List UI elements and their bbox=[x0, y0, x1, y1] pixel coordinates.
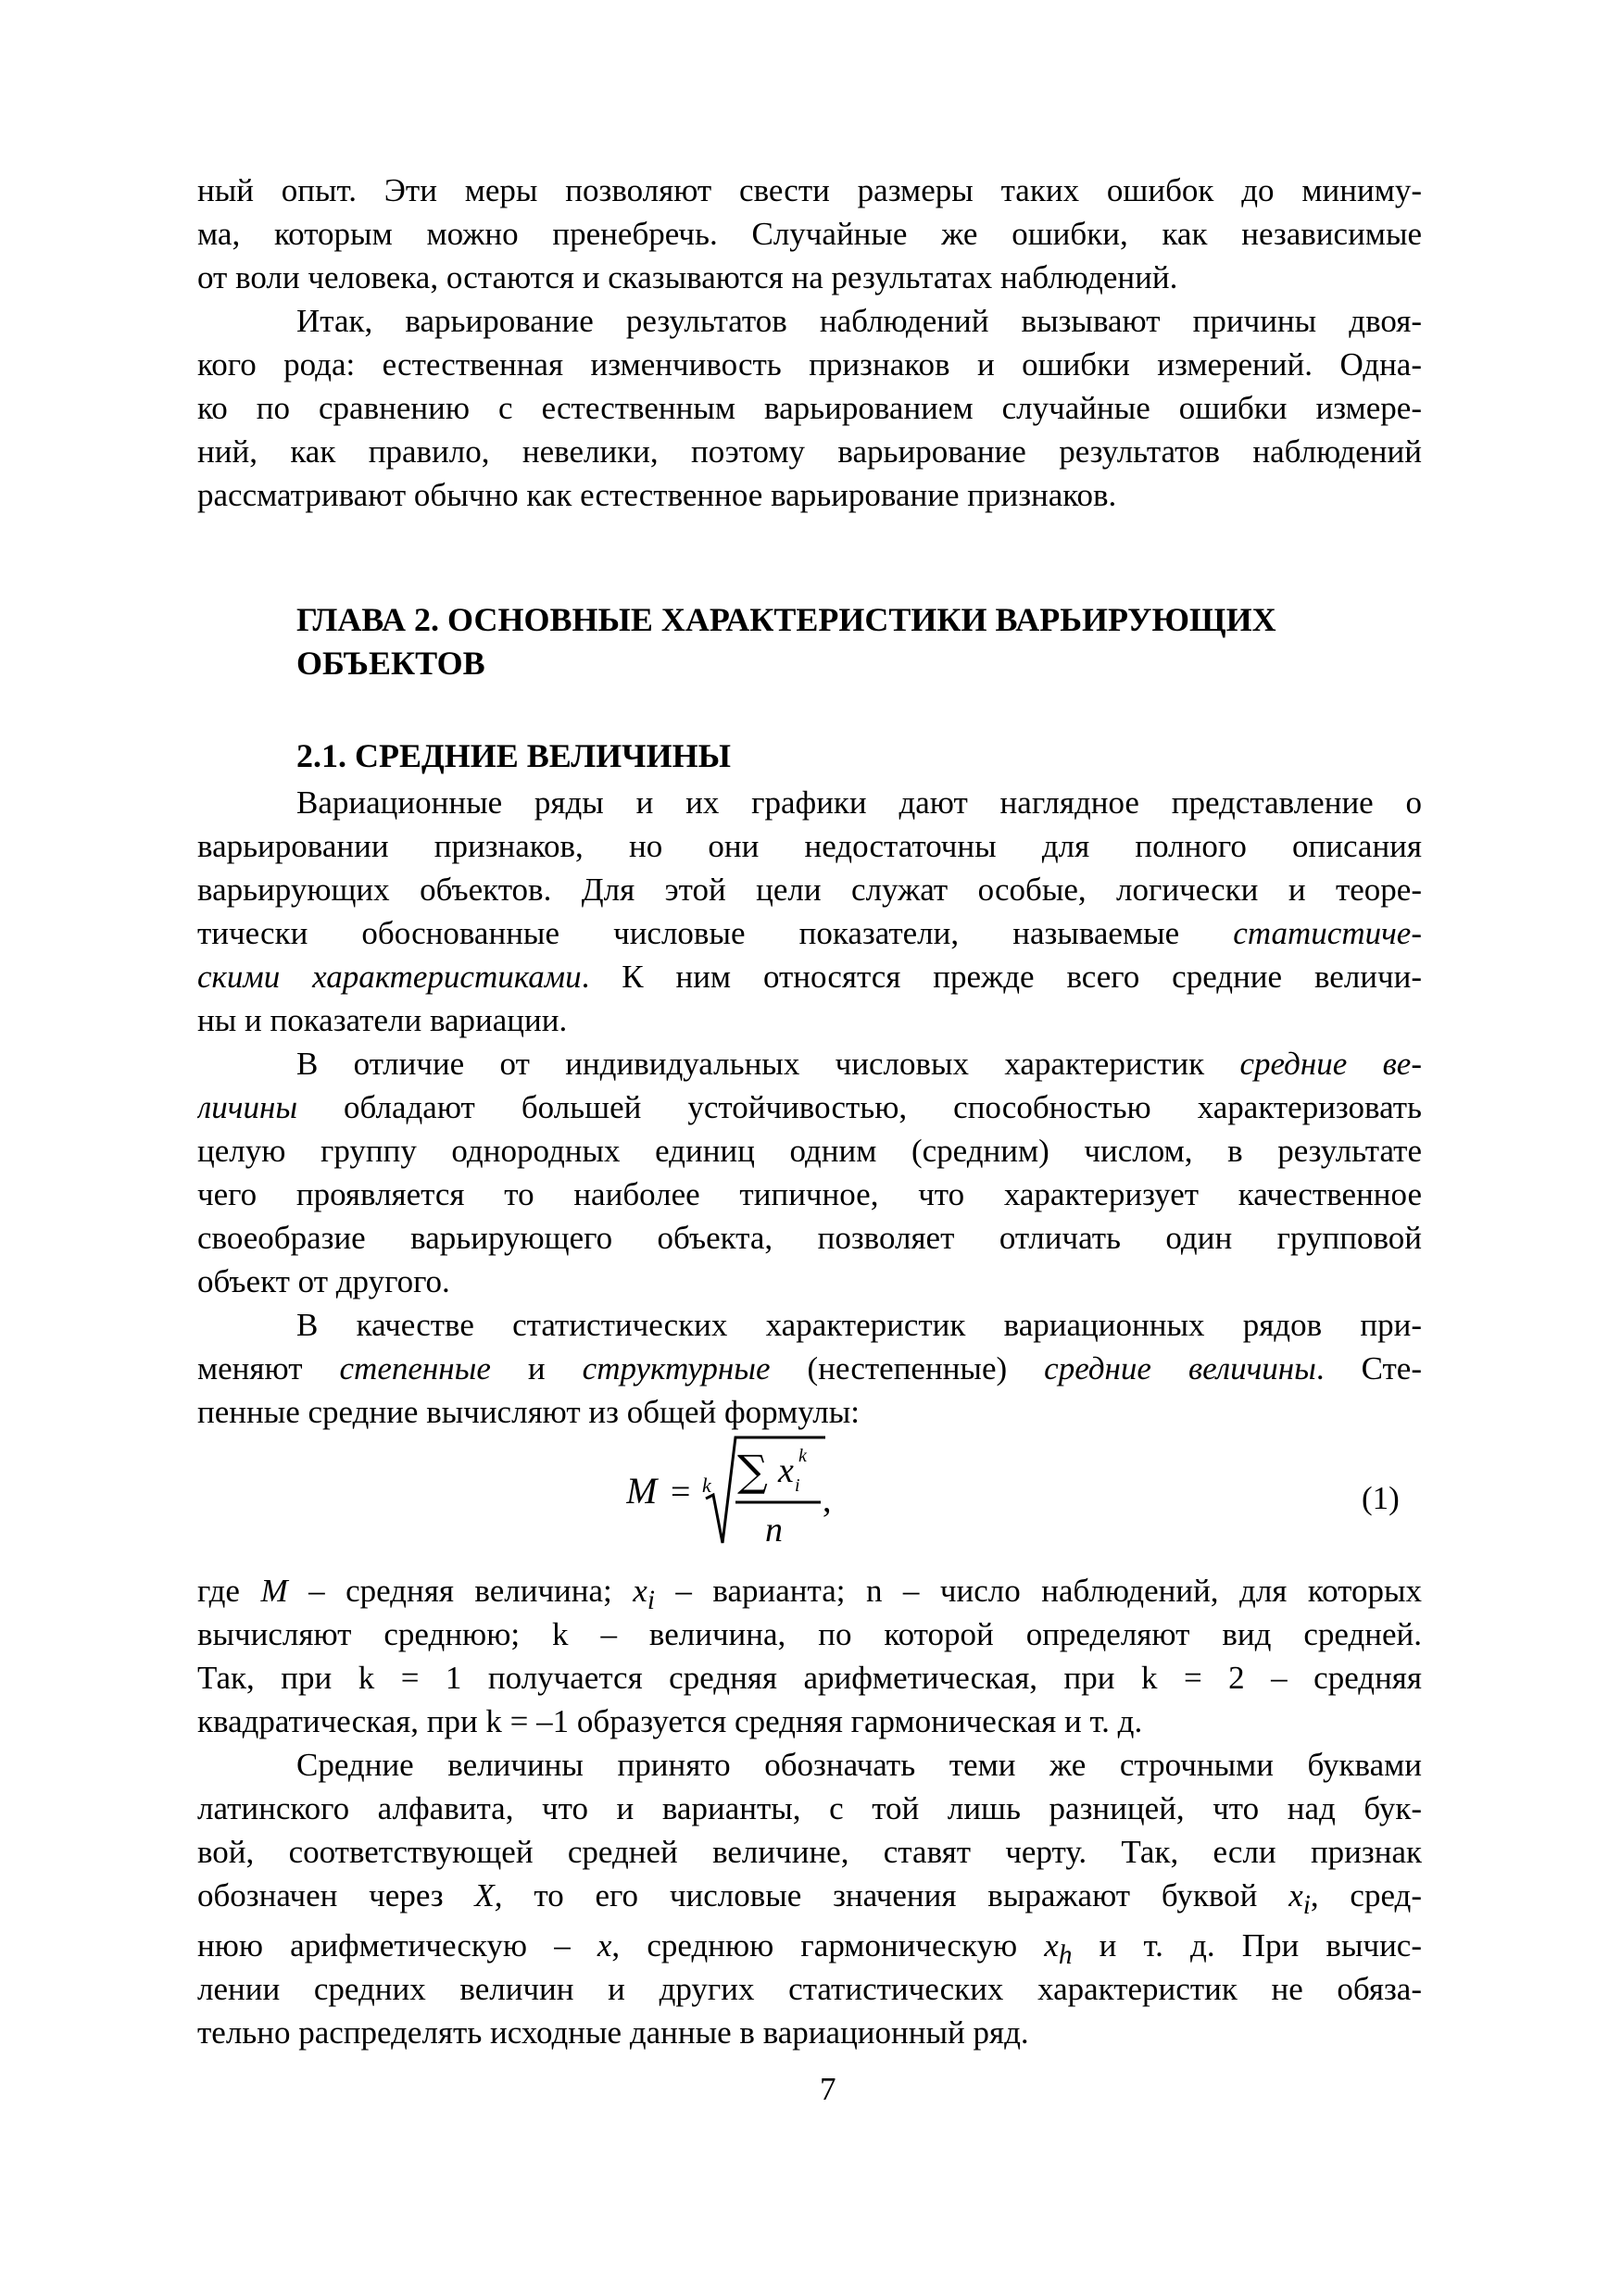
page-number: 7 bbox=[820, 2071, 836, 2108]
text-line: рассматривают обычно как естественное ва… bbox=[197, 473, 1422, 517]
text-span: В отличие от индивидуальных числовых хар… bbox=[296, 1046, 1239, 1082]
x-bar-symbol: x bbox=[597, 1924, 612, 1967]
text-line: объект от другого. bbox=[197, 1260, 1422, 1303]
italic-term: степенные bbox=[340, 1350, 491, 1386]
text-span: где bbox=[197, 1573, 260, 1609]
sum-symbol: ∑ bbox=[737, 1446, 768, 1496]
document-page: ный опыт. Эти меры позволяют свести разм… bbox=[0, 0, 1621, 2296]
subscript: h bbox=[1059, 1940, 1073, 1967]
text-line: Итак, варьирование результатов наблюдени… bbox=[296, 299, 1422, 343]
italic-symbol: M bbox=[260, 1573, 287, 1609]
text-line: лении средних величин и других статистич… bbox=[197, 1967, 1422, 2011]
formula-subscript: i bbox=[795, 1475, 800, 1496]
subscript: i bbox=[647, 1586, 655, 1612]
italic-symbol: x bbox=[633, 1573, 647, 1609]
text-span: меняют bbox=[197, 1350, 340, 1386]
text-line: скими характеристиками. К ним относятся … bbox=[197, 955, 1422, 998]
text-line: ний, как правило, невелики, поэтому варь… bbox=[197, 430, 1422, 473]
text-line: тельно распределять исходные данные в ва… bbox=[197, 2011, 1422, 2054]
text-line: латинского алфавита, что и варианты, с т… bbox=[197, 1787, 1422, 1830]
text-span: , среднюю гармоническую bbox=[611, 1927, 1044, 1964]
italic-term: средние ве- bbox=[1239, 1046, 1422, 1082]
text-line: ный опыт. Эти меры позволяют свести разм… bbox=[197, 169, 1422, 212]
chapter-heading-line2: ОБЪЕКТОВ bbox=[296, 642, 485, 685]
text-span: и bbox=[491, 1350, 583, 1386]
text-line: вычисляют среднюю; k – величина, по кото… bbox=[197, 1612, 1422, 1656]
text-span: обладают большей устойчивостью, способно… bbox=[297, 1089, 1422, 1125]
text-span: – средняя величина; bbox=[288, 1573, 634, 1609]
italic-term: структурные bbox=[583, 1350, 771, 1386]
formula-lhs: M bbox=[626, 1470, 660, 1512]
italic-symbol: x bbox=[1288, 1877, 1303, 1913]
text-span: обозначен через bbox=[197, 1877, 474, 1913]
text-line: Так, при k = 1 получается средняя арифме… bbox=[197, 1656, 1422, 1700]
text-line: Вариационные ряды и их графики дают нагл… bbox=[296, 781, 1422, 824]
text-span: , сред- bbox=[1311, 1877, 1422, 1913]
equation-number: (1) bbox=[1362, 1476, 1400, 1520]
text-line: чего проявляется то наиболее типичное, ч… bbox=[197, 1173, 1422, 1216]
text-line: В отличие от индивидуальных числовых хар… bbox=[296, 1042, 1422, 1085]
formula-equals: = bbox=[671, 1473, 690, 1512]
text-span: . К ним относятся прежде всего средние в… bbox=[582, 959, 1422, 995]
chapter-heading-line1: ГЛАВА 2. ОСНОВНЫЕ ХАРАКТЕРИСТИКИ ВАРЬИРУ… bbox=[296, 598, 1276, 642]
text-span: и т. д. При вычис- bbox=[1072, 1927, 1422, 1964]
root-index: k bbox=[702, 1474, 712, 1497]
text-line: своеобразие варьирующего объекта, позвол… bbox=[197, 1216, 1422, 1260]
italic-term: статистиче- bbox=[1233, 915, 1422, 951]
text-span: тически обоснованные числовые показатели… bbox=[197, 915, 1233, 951]
text-span: – варианта; n – число наблюдений, для ко… bbox=[655, 1573, 1422, 1609]
text-line: от воли человека, остаются и сказываются… bbox=[197, 256, 1422, 299]
text-line: тически обоснованные числовые показатели… bbox=[197, 911, 1422, 955]
text-span: то его числовые значения выражают буквой bbox=[503, 1877, 1289, 1913]
formula-power-mean: M = k ∑ x i k n , bbox=[626, 1434, 904, 1573]
text-line: личины обладают большей устойчивостью, с… bbox=[197, 1085, 1422, 1129]
formula-superscript: k bbox=[798, 1446, 808, 1466]
text-span: . Сте- bbox=[1316, 1350, 1422, 1386]
italic-term: личины bbox=[197, 1089, 297, 1125]
subscript: i bbox=[1303, 1890, 1311, 1917]
text-line: кого рода: естественная изменчивость при… bbox=[197, 343, 1422, 386]
formula-graphic: M = k ∑ x i k n , bbox=[626, 1434, 904, 1573]
text-line: вой, соответствующей средней величине, с… bbox=[197, 1830, 1422, 1874]
text-line: меняют степенные и структурные (нестепен… bbox=[197, 1347, 1422, 1390]
section-heading: 2.1. СРЕДНИЕ ВЕЛИЧИНЫ bbox=[296, 734, 731, 778]
text-span: нюю арифметическую – bbox=[197, 1927, 597, 1964]
text-line: где M – средняя величина; xi – варианта;… bbox=[197, 1569, 1422, 1612]
formula-comma: , bbox=[823, 1481, 832, 1520]
italic-symbol: X, bbox=[474, 1877, 502, 1913]
italic-term: средние величины bbox=[1044, 1350, 1316, 1386]
text-line: ны и показатели вариации. bbox=[197, 998, 1422, 1042]
formula-denominator: n bbox=[765, 1511, 783, 1549]
text-span: (нестепенные) bbox=[771, 1350, 1045, 1386]
text-line: ко по сравнению с естественным варьирова… bbox=[197, 386, 1422, 430]
italic-term: скими характеристиками bbox=[197, 959, 582, 995]
text-line: квадратическая, при k = –1 образуется ср… bbox=[197, 1700, 1422, 1743]
italic-symbol: x bbox=[1044, 1927, 1059, 1964]
text-line: целую группу однородных единиц одним (ср… bbox=[197, 1129, 1422, 1173]
text-line: пенные средние вычисляют из общей формул… bbox=[197, 1390, 1422, 1434]
text-line: варьирующих объектов. Для этой цели служ… bbox=[197, 868, 1422, 911]
text-line: Средние величины принято обозначать теми… bbox=[296, 1743, 1422, 1787]
text-line: ма, которым можно пренебречь. Случайные … bbox=[197, 212, 1422, 256]
text-line: нюю арифметическую – x, среднюю гармонич… bbox=[197, 1924, 1422, 1967]
formula-variable: x bbox=[777, 1451, 794, 1490]
text-line: В качестве статистических характеристик … bbox=[296, 1303, 1422, 1347]
text-line: варьировании признаков, но они недостато… bbox=[197, 824, 1422, 868]
text-line: обозначен через X, то его числовые значе… bbox=[197, 1874, 1422, 1917]
